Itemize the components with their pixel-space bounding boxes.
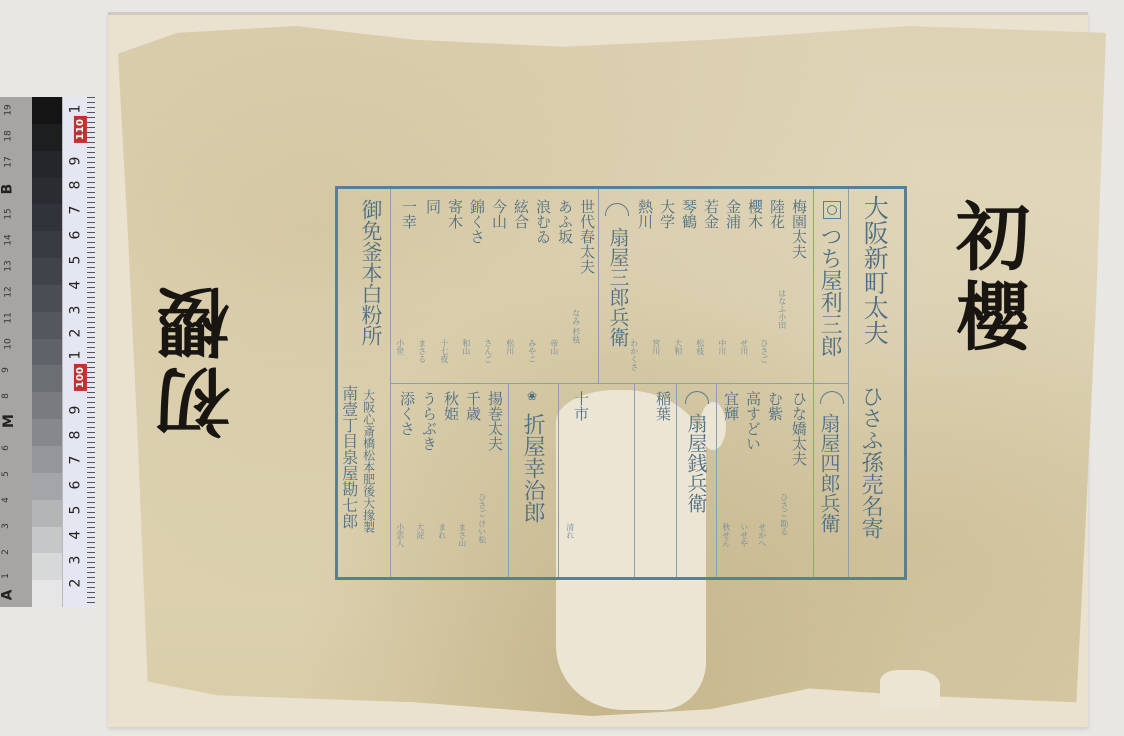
gray-steps [32,97,62,607]
courtesan-name: 梅園太夫 [791,199,806,259]
courtesan-name: 世代春太夫 [579,199,594,274]
house-name: 扇屋三郎兵衛 [607,227,628,347]
gray-number: 11 [4,312,14,323]
table-header: 大阪新町太夫 [861,195,887,345]
calligraphy-title-left-inverted: 初櫻 [162,280,236,440]
ruler-badge-100: 100 [74,364,87,391]
gray-number: 1 [1,573,11,579]
publisher-title: 御免釜本白粉所 [360,199,382,346]
courtesan-sub: みやこ [527,339,536,363]
fan-crest-icon [685,391,709,404]
courtesan-sub: 中川 [717,339,726,355]
gray-number: 15 [4,208,14,219]
flower-crest-icon: ❀ [525,389,539,403]
courtesan-name: 宜輝 [723,391,738,421]
courtesan-sub: さんご [483,339,492,363]
ruler-number: 5 [67,506,83,515]
ruler-number: 3 [67,556,83,565]
ruler-badge-110: 110 [74,116,87,143]
courtesan-sub: せ川 [739,339,748,355]
items-jushi: 十市 清れ [558,383,598,577]
header-column: 大阪新町太夫 ひさふ孫売名寄 [848,189,907,577]
courtesan-name: 若金 [703,199,718,229]
house-name: 折屋幸治郎 [521,413,544,523]
courtesan-name: 金浦 [725,199,740,229]
gray-number: 3 [1,523,11,529]
gray-number: 4 [1,497,11,503]
courtesan-name: 十市 [573,391,588,421]
courtesan-sub: 秋せん [721,523,730,547]
gray-number: 13 [4,260,14,271]
courtesan-name: 大学 [659,199,674,229]
ruler-number: 3 [67,306,83,315]
ruler-number: 2 [67,329,83,338]
gray-number: 8 [1,393,11,399]
gray-letter-b: B [0,184,15,195]
courtesan-sub: 十七夜 [439,339,448,363]
courtesan-sub: ひさご [759,339,768,363]
fan-crest-icon [605,203,629,216]
calligraphy-title-right: 初櫻 [950,198,1024,358]
courtesan-name: 添くさ [399,391,414,436]
courtesan-name: 揚巻太夫 [487,391,502,451]
fan-crest-icon [820,391,844,404]
courtesan-name: 浪むゐ [535,199,550,244]
ruler-number: 1 [67,351,83,360]
courtesan-sub: 大淀 [415,523,424,539]
courtesan-name: 櫻木 [747,199,762,229]
courtesan-name: 寄木 [447,199,462,229]
publisher-address: 大阪心斎橋松本肥後大掾製 [362,389,375,533]
ruler-number: 4 [67,281,83,290]
items-oriya: 揚巻太夫 ひさご けい松 千歳 まさ山 秋姫 まれ うらぶき 大淀 添くさ 小雲… [390,383,508,577]
gray-number: 6 [1,445,11,451]
courtesan-name: 高すどい [745,391,760,451]
publisher-shop: 南壹丁目泉屋勘七郎 [340,385,357,529]
ruler-number: 7 [67,456,83,465]
courtesan-name: 琴鶴 [681,199,696,229]
gray-number: 19 [4,104,14,115]
ruler-number: 6 [67,231,83,240]
courtesan-name: 一幸 [401,199,416,229]
items-ogiya-saburo: 世代春太夫 なみ 杉枝 あふ坂 帝山 浪むゐ みやこ 絃合 松川 今山 さんご … [390,189,598,383]
courtesan-name: 熱川 [637,199,652,229]
courtesan-sub: いせや [739,523,748,547]
house-name: つち屋利三郎 [818,225,841,357]
printed-table-frame: 大阪新町太夫 ひさふ孫売名寄 つち屋利三郎 梅園太夫 はなふ小田 陸花 ひさご … [335,186,907,580]
ruler-number: 9 [67,406,83,415]
gray-number: 14 [4,234,14,245]
courtesan-sub: 松川 [505,339,514,355]
ruler-number: 5 [67,256,83,265]
square-crest-icon [823,201,841,219]
torn-corner [880,670,940,708]
courtesan-sub: まさ山 [457,523,466,547]
ruler: 1 110 9 8 7 6 5 4 3 2 1 100 9 8 7 6 5 4 … [62,97,95,607]
ruler-number: 9 [67,157,83,166]
house-column-tsuchiya: つち屋利三郎 [813,189,848,383]
courtesan-name: 錦くさ [469,199,484,244]
courtesan-name: うらぶき [421,391,436,451]
ruler-number: 7 [67,206,83,215]
ruler-number: 1 [67,105,83,114]
gray-number: 10 [4,338,14,349]
gray-number: 9 [1,367,11,373]
gray-number: 17 [4,156,14,167]
courtesan-sub: 大和 [673,339,682,355]
courtesan-name: 稲葉 [655,391,670,421]
table-header-sub: ひさふ孫売名寄 [859,385,882,539]
courtesan-name: 絃合 [513,199,528,229]
courtesan-sub: ひさご 勘る [779,493,788,536]
scale-bar: 19 18 17 B 15 14 13 12 11 10 9 8 M 6 5 4… [0,97,97,607]
publisher-column: 御免釜本白粉所 大阪心斎橋松本肥後大掾製 南壹丁目泉屋勘七郎 [338,189,390,577]
courtesan-sub: 松枝 [695,339,704,355]
house-column-ogiya-saburo: 扇屋三郎兵衛 [598,189,634,383]
courtesan-name: 同 [425,199,440,214]
courtesan-sub: 清れ [565,523,574,539]
courtesan-sub: 宮川 [651,339,660,355]
house-column-ogiya-zeni: 扇屋銭兵衛 [676,383,716,577]
ruler-number: 6 [67,481,83,490]
courtesan-sub: なみ 杉枝 [571,309,580,344]
ruler-number: 2 [67,579,83,588]
gray-scale-label-strip: 19 18 17 B 15 14 13 12 11 10 9 8 M 6 5 4… [0,97,32,607]
courtesan-sub: 小世 [395,339,404,355]
house-column-oriya: ❀ 折屋幸治郎 [508,383,558,577]
gray-number: 18 [4,130,14,141]
courtesan-sub: せかへ [757,523,766,547]
courtesan-name: 千歳 [465,391,480,421]
house-name: 扇屋銭兵衛 [685,413,706,513]
ruler-number: 8 [67,431,83,440]
ruler-number: 8 [67,181,83,190]
courtesan-sub: まさる [417,339,426,363]
courtesan-name: あふ坂 [557,199,572,244]
gray-number: 5 [1,471,11,477]
courtesan-sub: 帝山 [549,339,558,355]
gray-letter-a: A [0,590,15,601]
items-ogiya-zeni: 稲葉 [634,383,676,577]
ruler-number: 4 [67,531,83,540]
courtesan-sub: ひさご けい松 [477,493,486,544]
courtesan-name: 秋姫 [443,391,458,421]
gray-number: 12 [4,286,14,297]
courtesan-name: ひな嬌太夫 [791,391,806,466]
items-ogiya-shiro: ひな嬌太夫 ひさご 勘る む紫 せかへ 高すどい いせや 宜輝 秋せん [716,383,813,577]
courtesan-name: 陸花 [769,199,784,229]
courtesan-sub: まれ [437,523,446,539]
house-column-ogiya-shiro: 扇屋四郎兵衛 [813,383,848,577]
courtesan-name: 今山 [491,199,506,229]
gray-number: 2 [1,549,11,555]
courtesan-sub: 小雲人 [395,523,404,547]
courtesan-name: む紫 [767,391,782,421]
courtesan-sub: はなふ小田 [777,289,786,329]
house-name: 扇屋四郎兵衛 [818,413,839,533]
gray-letter-m: M [1,414,17,428]
courtesan-sub: 和山 [461,339,470,355]
